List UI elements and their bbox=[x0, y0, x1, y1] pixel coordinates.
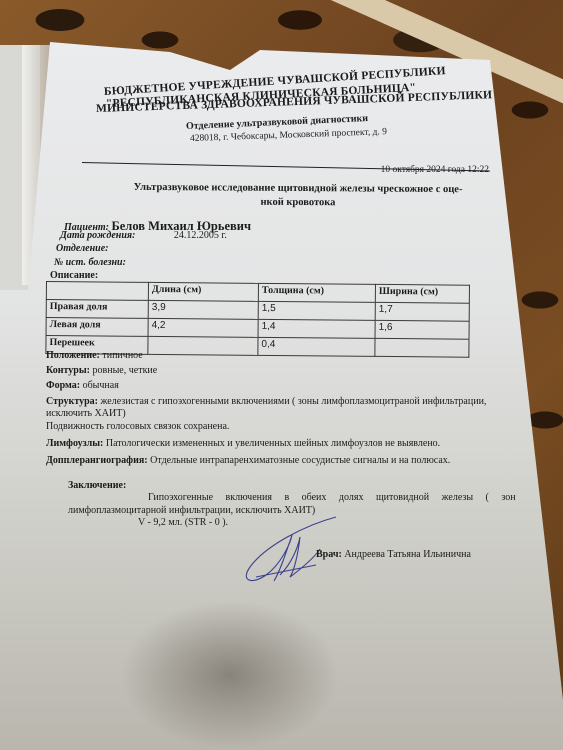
table-header-cell: Ширина (см) bbox=[375, 284, 469, 303]
finding-label: Форма: bbox=[46, 380, 80, 391]
table-cell: 1,7 bbox=[375, 302, 469, 321]
finding-value: Подвижность голосовых связок сохранена. bbox=[46, 421, 229, 432]
finding-shape: Форма: обычная bbox=[46, 378, 536, 393]
finding-value: ровные, четкие bbox=[90, 365, 157, 376]
finding-contours: Контуры: ровные, четкие bbox=[46, 363, 536, 378]
thyroid-measurements-table: Длина (см) Толщина (см) Ширина (см) Прав… bbox=[45, 281, 470, 358]
dob-label: Дата рождения: bbox=[60, 230, 135, 241]
doctor-name: Андреева Татьяна Ильинична bbox=[344, 549, 471, 560]
doctor-row: Врач: Андреева Татьяна Ильинична bbox=[316, 549, 471, 560]
dob-value: 24.12.2005 г. bbox=[174, 230, 227, 241]
finding-label: Контуры: bbox=[46, 365, 90, 376]
report-title-line-1: Ультразвуковое исследование щитовидной ж… bbox=[98, 181, 498, 198]
finding-value: типичное bbox=[100, 350, 143, 361]
finding-position: Положение: типичное bbox=[46, 348, 536, 363]
table-cell: 1,4 bbox=[258, 319, 375, 338]
table-cell: 3,9 bbox=[148, 300, 258, 319]
finding-structure: Структура: железистая с гипоэхогенными в… bbox=[46, 396, 536, 408]
table-cell: 4,2 bbox=[148, 318, 258, 337]
case-number-label: № ист. болезни: bbox=[54, 257, 126, 268]
table-cell: 1,6 bbox=[375, 320, 469, 339]
finding-value: Патологически измененных и увеличенных ш… bbox=[103, 438, 440, 449]
table-cell: 1,5 bbox=[258, 301, 375, 320]
finding-label: Структура: bbox=[46, 396, 98, 407]
ultrasound-report: БЮДЖЕТНОЕ УЧРЕЖДЕНИЕ ЧУВАШСКОЙ РЕСПУБЛИК… bbox=[0, 0, 563, 750]
department-label: Отделение: bbox=[56, 243, 108, 254]
finding-label: Положение: bbox=[46, 350, 100, 361]
conclusion-label: Заключение: bbox=[68, 480, 558, 492]
finding-structure-cont: исключить ХАИТ) bbox=[46, 408, 536, 420]
department-row: Отделение: bbox=[56, 243, 108, 254]
table-header-cell: Толщина (см) bbox=[258, 283, 375, 302]
description-label: Описание: bbox=[50, 270, 98, 281]
finding-label: Допплерангиография: bbox=[46, 455, 148, 466]
finding-vocal-cords: Подвижность голосовых связок сохранена. bbox=[46, 420, 536, 433]
report-datetime: 10 октября 2024 года 12:22 bbox=[381, 165, 489, 175]
finding-value: исключить ХАИТ) bbox=[46, 408, 126, 419]
description-row: Описание: bbox=[50, 270, 98, 281]
finding-value: обычная bbox=[80, 380, 119, 391]
report-title: Ультразвуковое исследование щитовидной ж… bbox=[98, 181, 498, 212]
table-header-cell bbox=[46, 282, 148, 301]
table-header-cell: Длина (см) bbox=[148, 282, 258, 301]
finding-doppler: Допплерангиография: Отдельные интрапарен… bbox=[46, 453, 536, 468]
case-number-row: № ист. болезни: bbox=[54, 257, 126, 268]
finding-lymph-nodes: Лимфоузлы: Патологически измененных и ув… bbox=[46, 436, 536, 451]
table-cell: Правая доля bbox=[46, 300, 148, 319]
findings-section: Положение: типичное Контуры: ровные, чет… bbox=[46, 348, 536, 468]
report-title-line-2: нкой кровотока bbox=[98, 195, 498, 212]
finding-value: Отдельные интрапаренхиматозные сосудисты… bbox=[148, 455, 451, 466]
conclusion-text-line-1: Гипоэхогенные включения в обеих долях щи… bbox=[148, 492, 558, 504]
finding-label: Лимфоузлы: bbox=[46, 438, 103, 449]
dob-row: Дата рождения: 24.12.2005 г. bbox=[60, 230, 227, 241]
doctor-label: Врач: bbox=[316, 549, 342, 560]
finding-value: железистая с гипоэхогенными включениями … bbox=[98, 396, 486, 407]
table-cell: Левая доля bbox=[46, 318, 148, 337]
